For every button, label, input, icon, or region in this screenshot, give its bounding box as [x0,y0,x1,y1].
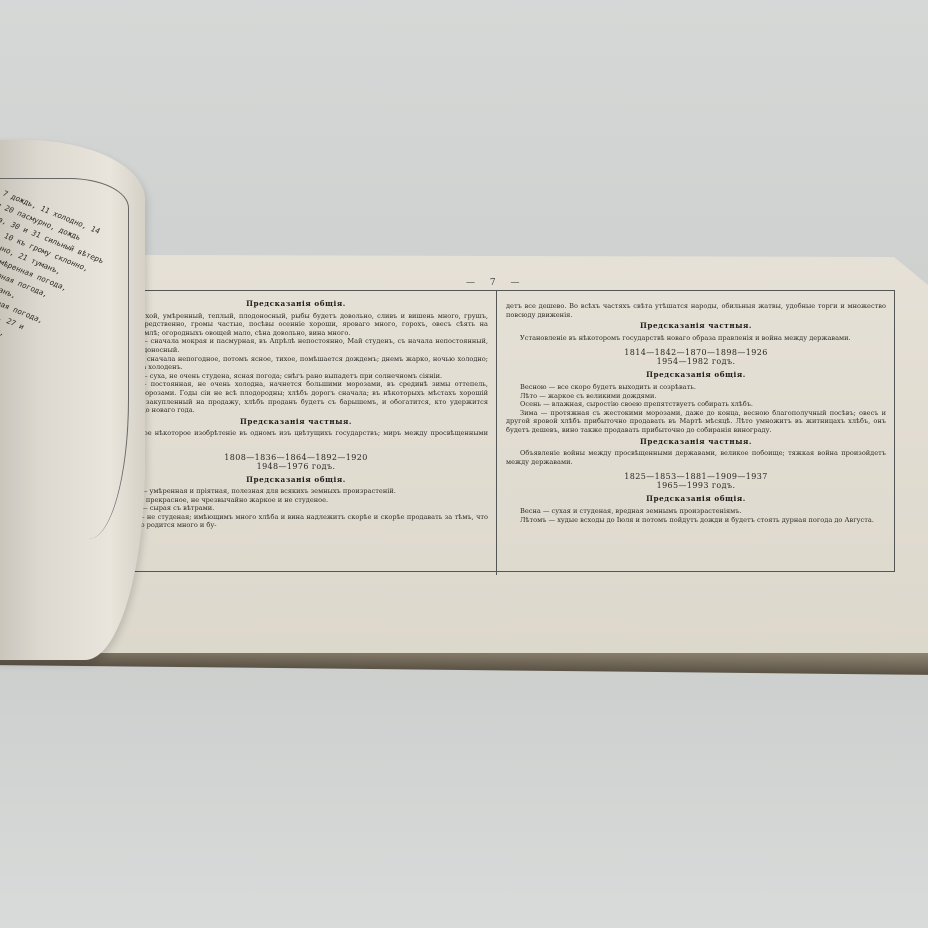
paragraph: Зима — постоянная, не очень холодна, нач… [104,380,488,414]
left-column: Предсказанія общія. Годъ сухой, умѣренны… [104,297,488,530]
years-line: 1954—1982 годъ. [506,357,886,366]
paragraph: Лѣтомъ — худые всходы до Іюля и потомъ п… [506,516,886,525]
section-heading: Предсказанія частныя. [506,322,886,331]
years-block: 1808—1836—1864—1892—1920 1948—1976 годъ. [104,453,488,471]
paragraph: Установленіе въ нѣкоторомъ государствѣ н… [506,334,886,343]
years-block: 1814—1842—1870—1898—1926 1954—1982 годъ. [506,348,886,366]
paragraph: Зима — протяжная съ жестокими морозами, … [506,409,886,435]
photo-scene: — 7 — Предсказанія общія. Годъ сухой, ум… [0,0,928,928]
paragraph: Лѣто — жаркое съ великими дождями. [506,392,886,401]
years-line: 1808—1836—1864—1892—1920 [104,453,488,462]
section-heading: Предсказанія общія. [506,371,886,380]
table-surface [0,665,928,928]
section-heading: Предсказанія частныя. [104,418,488,427]
paragraph: Полезное нѣкоторое изобрѣтеніе въ одномъ… [104,429,488,446]
paragraph: Осень — влажная, сыростію своею препятст… [506,400,886,409]
continuation-paragraph: детъ все дешево. Во всѣхъ частяхъ свѣта … [506,302,886,319]
paragraph: Весна — сухая и студеная, вредная земным… [506,507,886,516]
page-number: — 7 — [466,278,525,288]
paragraph: Лѣто — прекрасное, не чрезвычайно жаркое… [104,496,488,505]
section-heading: Предсказанія частныя. [506,438,886,447]
paragraph: Весна — умѣренная и пріятная, полезная д… [104,487,488,496]
section-heading: Предсказанія общія. [104,300,488,309]
years-line: 1948—1976 годъ. [104,462,488,471]
years-block: 1825—1853—1881—1909—1937 1965—1993 годъ. [506,472,886,490]
paragraph: Зима — не студеная; имѣющимъ много хлѣба… [104,513,488,530]
column-divider [496,290,497,575]
years-line: 1965—1993 годъ. [506,481,886,490]
years-line: 1814—1842—1870—1898—1926 [506,348,886,357]
paragraph: Осень — суха, не очень студена, ясная по… [104,372,488,381]
section-heading: Предсказанія общія. [104,476,488,485]
paragraph: Весною — все скоро будетъ выходить и соз… [506,383,886,392]
paragraph: Осень — сырая съ вѣтрами. [104,504,488,513]
years-line: 1825—1853—1881—1909—1937 [506,472,886,481]
paragraph: Объявленіе войны между просвѣщенными дер… [506,449,886,466]
section-heading: Предсказанія общія. [506,495,886,504]
paragraph: Годъ сухой, умѣренный, теплый, плодоносн… [104,312,488,338]
right-column: детъ все дешево. Во всѣхъ частяхъ свѣта … [506,302,886,524]
paragraph: Весна — сначала мокрая и пасмурная, въ А… [104,337,488,354]
paragraph: Лѣто — сначала непогодное, потомъ ясное,… [104,355,488,372]
